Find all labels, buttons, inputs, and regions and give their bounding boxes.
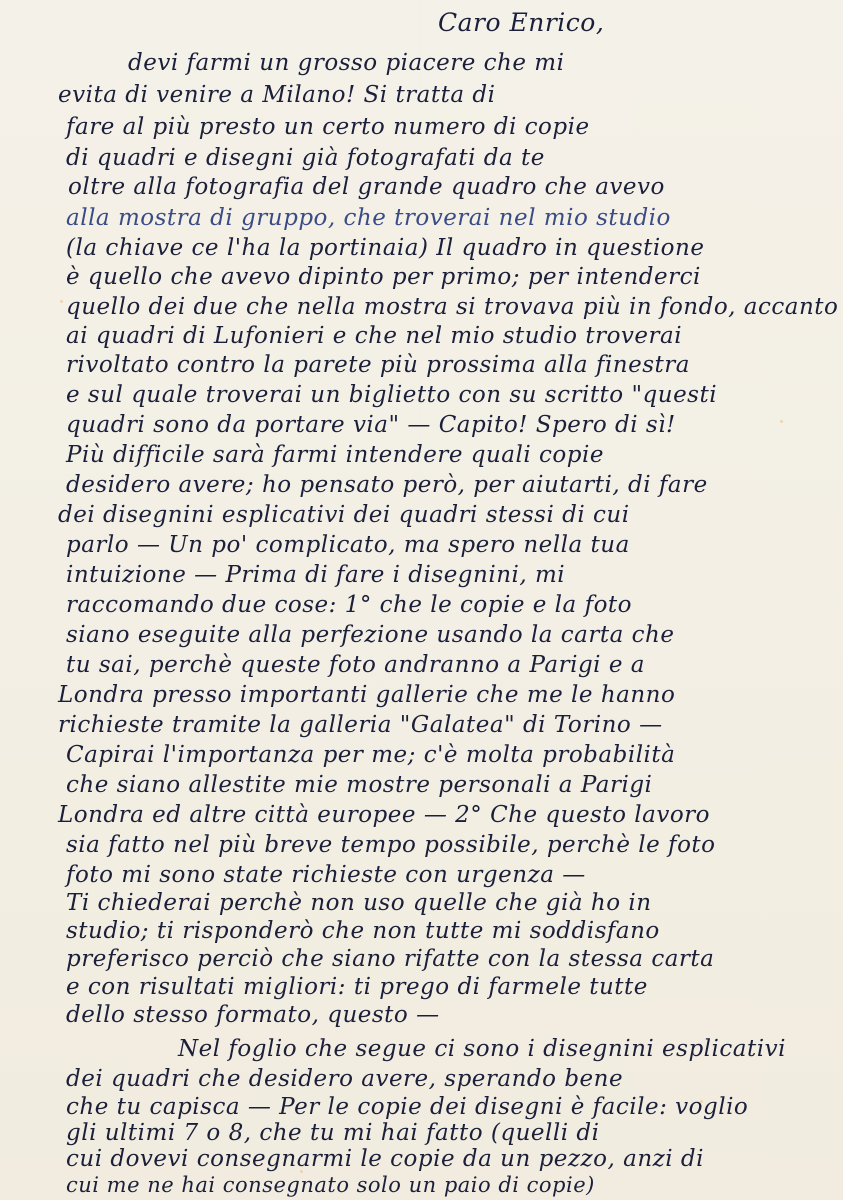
letter-line: Ti chiederai perchè non uso quelle che g…: [66, 888, 652, 918]
letter-line: dei quadri che desidero avere, sperando …: [66, 1064, 623, 1094]
letter-line: sia fatto nel più breve tempo possibile,…: [66, 830, 716, 860]
letter-line: intuizione — Prima di fare i disegnini, …: [66, 560, 565, 590]
letter-line: fare al più presto un certo numero di co…: [66, 112, 590, 142]
letter-line: di quadri e disegni già fotografati da t…: [66, 143, 545, 173]
letter-line: rivoltato contro la parete più prossima …: [66, 350, 690, 380]
letter-line: Capirai l'importanza per me; c'è molta p…: [66, 740, 675, 770]
paper-speck: [60, 300, 63, 303]
letter-line: ai quadri di Lufonieri e che nel mio stu…: [66, 321, 682, 351]
letter-line: e con risultati migliori: ti prego di fa…: [66, 972, 648, 1002]
letter-line: foto mi sono state richieste con urgenza…: [66, 860, 586, 890]
letter-line: quello dei due che nella mostra si trova…: [66, 292, 838, 322]
letter-line: studio; ti risponderò che non tutte mi s…: [66, 916, 660, 946]
letter-line: evita di venire a Milano! Si tratta di: [58, 80, 495, 110]
letter-line: desidero avere; ho pensato però, per aiu…: [66, 470, 708, 500]
letter-line: e sul quale troverai un biglietto con su…: [66, 380, 717, 410]
letter-line: richieste tramite la galleria "Galatea" …: [58, 710, 663, 740]
letter-line: che siano allestite mie mostre personali…: [66, 770, 652, 800]
letter-line: dei disegnini esplicativi dei quadri ste…: [58, 500, 630, 530]
letter-line: quadri sono da portare via" — Capito! Sp…: [66, 410, 676, 440]
letter-line: cui me ne hai consegnato solo un paio di…: [66, 1170, 595, 1200]
letter-line: siano eseguite alla perfezione usando la…: [66, 620, 674, 650]
letter-line: raccomando due cose: 1° che le copie e l…: [66, 590, 632, 620]
letter-line: è quello che avevo dipinto per primo; pe…: [66, 262, 701, 292]
letter-line: devi farmi un grosso piacere che mi: [128, 48, 564, 78]
letter-line: dello stesso formato, questo —: [66, 1000, 440, 1030]
letter-line: Londra ed altre città europee — 2° Che q…: [58, 800, 710, 830]
letter-line: alla mostra di gruppo, che troverai nel …: [66, 203, 671, 233]
letter-line: preferisco perciò che siano rifatte con …: [66, 944, 714, 974]
letter-line: oltre alla fotografia del grande quadro …: [68, 172, 665, 202]
paper-speck: [780, 420, 783, 423]
letter-line: Più difficile sarà farmi intendere quali…: [66, 440, 604, 470]
letter-page: Caro Enrico, devi farmi un grosso piacer…: [0, 0, 843, 1200]
letter-line: Londra presso importanti gallerie che me…: [58, 680, 675, 710]
letter-line: parlo — Un po' complicato, ma spero nell…: [66, 530, 630, 560]
letter-line: tu sai, perchè queste foto andranno a Pa…: [66, 650, 645, 680]
greeting: Caro Enrico,: [438, 8, 604, 38]
letter-line: Nel foglio che segue ci sono i disegnini…: [178, 1034, 786, 1064]
letter-line: (la chiave ce l'ha la portinaia) Il quad…: [66, 233, 704, 263]
